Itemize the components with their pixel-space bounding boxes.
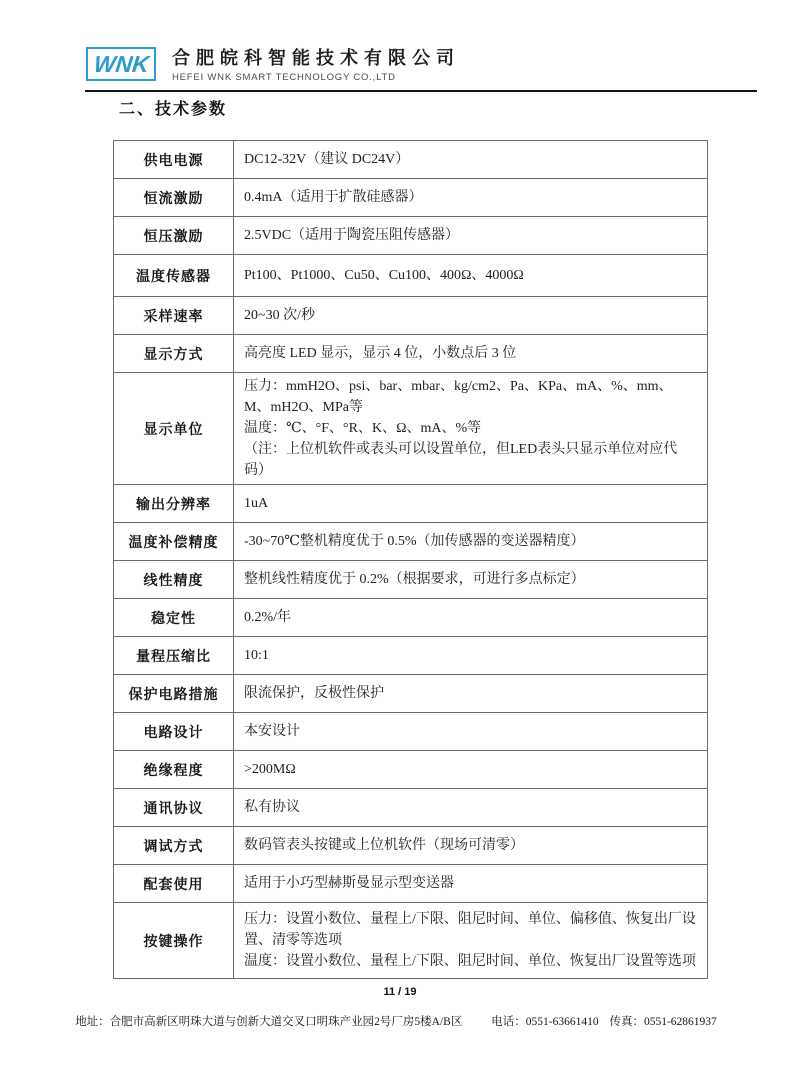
table-row: 温度传感器 Pt100、Pt1000、Cu50、Cu100、400Ω、4000Ω xyxy=(114,255,708,297)
param-label: 恒流激励 xyxy=(114,179,234,217)
param-value-line: 私有协议 xyxy=(244,797,697,818)
param-value: 数码管表头按键或上位机软件（现场可清零） xyxy=(234,827,708,865)
footer-address: 地址：合肥市高新区明珠大道与创新大道交叉口明珠产业园2号厂房5楼A/B区 xyxy=(75,1016,462,1028)
table-row: 按键操作 压力：设置小数位、量程上/下限、阻尼时间、单位、偏移值、恢复出厂设置、… xyxy=(114,903,708,979)
param-label: 显示方式 xyxy=(114,335,234,373)
company-name-en: HEFEI WNK SMART TECHNOLOGY CO.,LTD xyxy=(172,72,460,83)
company-name-block: 合肥皖科智能技术有限公司 HEFEI WNK SMART TECHNOLOGY … xyxy=(172,44,460,83)
param-value: 1uA xyxy=(234,485,708,523)
param-label: 通讯协议 xyxy=(114,789,234,827)
param-value: 私有协议 xyxy=(234,789,708,827)
param-value: 高亮度 LED 显示，显示 4 位，小数点后 3 位 xyxy=(234,335,708,373)
param-label: 输出分辨率 xyxy=(114,485,234,523)
param-value-line: 10:1 xyxy=(244,645,697,666)
table-row: 温度补偿精度 -30~70℃整机精度优于 0.5%（加传感器的变送器精度） xyxy=(114,523,708,561)
footer-phone: 电话：0551-63661410 xyxy=(491,1016,598,1028)
param-value: 限流保护，反极性保护 xyxy=(234,675,708,713)
param-label: 线性精度 xyxy=(114,561,234,599)
param-value-line: -30~70℃整机精度优于 0.5%（加传感器的变送器精度） xyxy=(244,531,697,552)
company-logo: WNK xyxy=(86,47,156,81)
table-row: 供电电源 DC12-32V（建议 DC24V） xyxy=(114,141,708,179)
technical-parameters-table: 供电电源 DC12-32V（建议 DC24V） 恒流激励 0.4mA（适用于扩散… xyxy=(113,140,708,979)
param-value-line: 温度：℃、°F、°R、K、Ω、mA、%等 xyxy=(244,418,697,439)
table-row: 恒压激励 2.5VDC（适用于陶瓷压阻传感器） xyxy=(114,217,708,255)
param-value: DC12-32V（建议 DC24V） xyxy=(234,141,708,179)
param-value-line: DC12-32V（建议 DC24V） xyxy=(244,149,697,170)
wnk-logo-text: WNK xyxy=(92,51,150,78)
param-value: 2.5VDC（适用于陶瓷压阻传感器） xyxy=(234,217,708,255)
table-row: 稳定性 0.2%/年 xyxy=(114,599,708,637)
table-row: 绝缘程度 >200MΩ xyxy=(114,751,708,789)
table-row: 采样速率 20~30 次/秒 xyxy=(114,297,708,335)
param-value: 10:1 xyxy=(234,637,708,675)
param-label: 显示单位 xyxy=(114,373,234,485)
param-value: 适用于小巧型赫斯曼显示型变送器 xyxy=(234,865,708,903)
param-value-line: 温度：设置小数位、量程上/下限、阻尼时间、单位、恢复出厂设置等选项 xyxy=(244,951,697,972)
param-value-line: 限流保护，反极性保护 xyxy=(244,683,697,704)
param-label: 温度补偿精度 xyxy=(114,523,234,561)
table-row: 显示方式 高亮度 LED 显示，显示 4 位，小数点后 3 位 xyxy=(114,335,708,373)
param-value-line: 压力：mmH2O、psi、bar、mbar、kg/cm2、Pa、KPa、mA、%… xyxy=(244,376,697,418)
param-value-line: 0.2%/年 xyxy=(244,607,697,628)
param-value: 本安设计 xyxy=(234,713,708,751)
table-row: 电路设计 本安设计 xyxy=(114,713,708,751)
param-label: 恒压激励 xyxy=(114,217,234,255)
table-row: 线性精度 整机线性精度优于 0.2%（根据要求，可进行多点标定） xyxy=(114,561,708,599)
page-number: 11 / 19 xyxy=(0,986,800,998)
param-label: 温度传感器 xyxy=(114,255,234,297)
table-row: 输出分辨率 1uA xyxy=(114,485,708,523)
param-value: 压力：设置小数位、量程上/下限、阻尼时间、单位、偏移值、恢复出厂设置、清零等选项… xyxy=(234,903,708,979)
param-label: 按键操作 xyxy=(114,903,234,979)
param-value: >200MΩ xyxy=(234,751,708,789)
table-row: 量程压缩比 10:1 xyxy=(114,637,708,675)
header-rule xyxy=(85,90,757,92)
param-label: 保护电路措施 xyxy=(114,675,234,713)
param-label: 电路设计 xyxy=(114,713,234,751)
table-row: 恒流激励 0.4mA（适用于扩散硅感器） xyxy=(114,179,708,217)
table-row: 显示单位 压力：mmH2O、psi、bar、mbar、kg/cm2、Pa、KPa… xyxy=(114,373,708,485)
param-label: 稳定性 xyxy=(114,599,234,637)
table-row: 通讯协议 私有协议 xyxy=(114,789,708,827)
param-value: 压力：mmH2O、psi、bar、mbar、kg/cm2、Pa、KPa、mA、%… xyxy=(234,373,708,485)
param-value-line: 压力：设置小数位、量程上/下限、阻尼时间、单位、偏移值、恢复出厂设置、清零等选项 xyxy=(244,909,697,951)
param-label: 供电电源 xyxy=(114,141,234,179)
param-value-line: 整机线性精度优于 0.2%（根据要求，可进行多点标定） xyxy=(244,569,697,590)
table-row: 保护电路措施 限流保护，反极性保护 xyxy=(114,675,708,713)
param-value: -30~70℃整机精度优于 0.5%（加传感器的变送器精度） xyxy=(234,523,708,561)
param-value-line: 0.4mA（适用于扩散硅感器） xyxy=(244,187,697,208)
param-value: Pt100、Pt1000、Cu50、Cu100、400Ω、4000Ω xyxy=(234,255,708,297)
param-value-line: 1uA xyxy=(244,493,697,514)
param-value: 20~30 次/秒 xyxy=(234,297,708,335)
param-value-line: 数码管表头按键或上位机软件（现场可清零） xyxy=(244,835,697,856)
param-value-line: 高亮度 LED 显示，显示 4 位，小数点后 3 位 xyxy=(244,343,697,364)
param-value: 整机线性精度优于 0.2%（根据要求，可进行多点标定） xyxy=(234,561,708,599)
footer-contact: 地址：合肥市高新区明珠大道与创新大道交叉口明珠产业园2号厂房5楼A/B区 电话：… xyxy=(0,1013,800,1029)
param-value: 0.2%/年 xyxy=(234,599,708,637)
param-value-line: Pt100、Pt1000、Cu50、Cu100、400Ω、4000Ω xyxy=(244,265,697,286)
param-label: 采样速率 xyxy=(114,297,234,335)
table-row: 调试方式 数码管表头按键或上位机软件（现场可清零） xyxy=(114,827,708,865)
param-value: 0.4mA（适用于扩散硅感器） xyxy=(234,179,708,217)
param-value-line: 20~30 次/秒 xyxy=(244,305,697,326)
table-row: 配套使用 适用于小巧型赫斯曼显示型变送器 xyxy=(114,865,708,903)
footer-fax: 传真：0551-62861937 xyxy=(609,1016,716,1028)
section-title: 二、技术参数 xyxy=(119,96,227,119)
param-label: 配套使用 xyxy=(114,865,234,903)
param-label: 量程压缩比 xyxy=(114,637,234,675)
param-value-line: （注：上位机软件或表头可以设置单位，但LED表头只显示单位对应代码） xyxy=(244,439,697,481)
param-label: 绝缘程度 xyxy=(114,751,234,789)
param-value-line: 适用于小巧型赫斯曼显示型变送器 xyxy=(244,873,697,894)
param-value-line: >200MΩ xyxy=(244,759,697,780)
company-name-cn: 合肥皖科智能技术有限公司 xyxy=(172,44,460,70)
param-value-line: 2.5VDC（适用于陶瓷压阻传感器） xyxy=(244,225,697,246)
param-label: 调试方式 xyxy=(114,827,234,865)
param-value-line: 本安设计 xyxy=(244,721,697,742)
